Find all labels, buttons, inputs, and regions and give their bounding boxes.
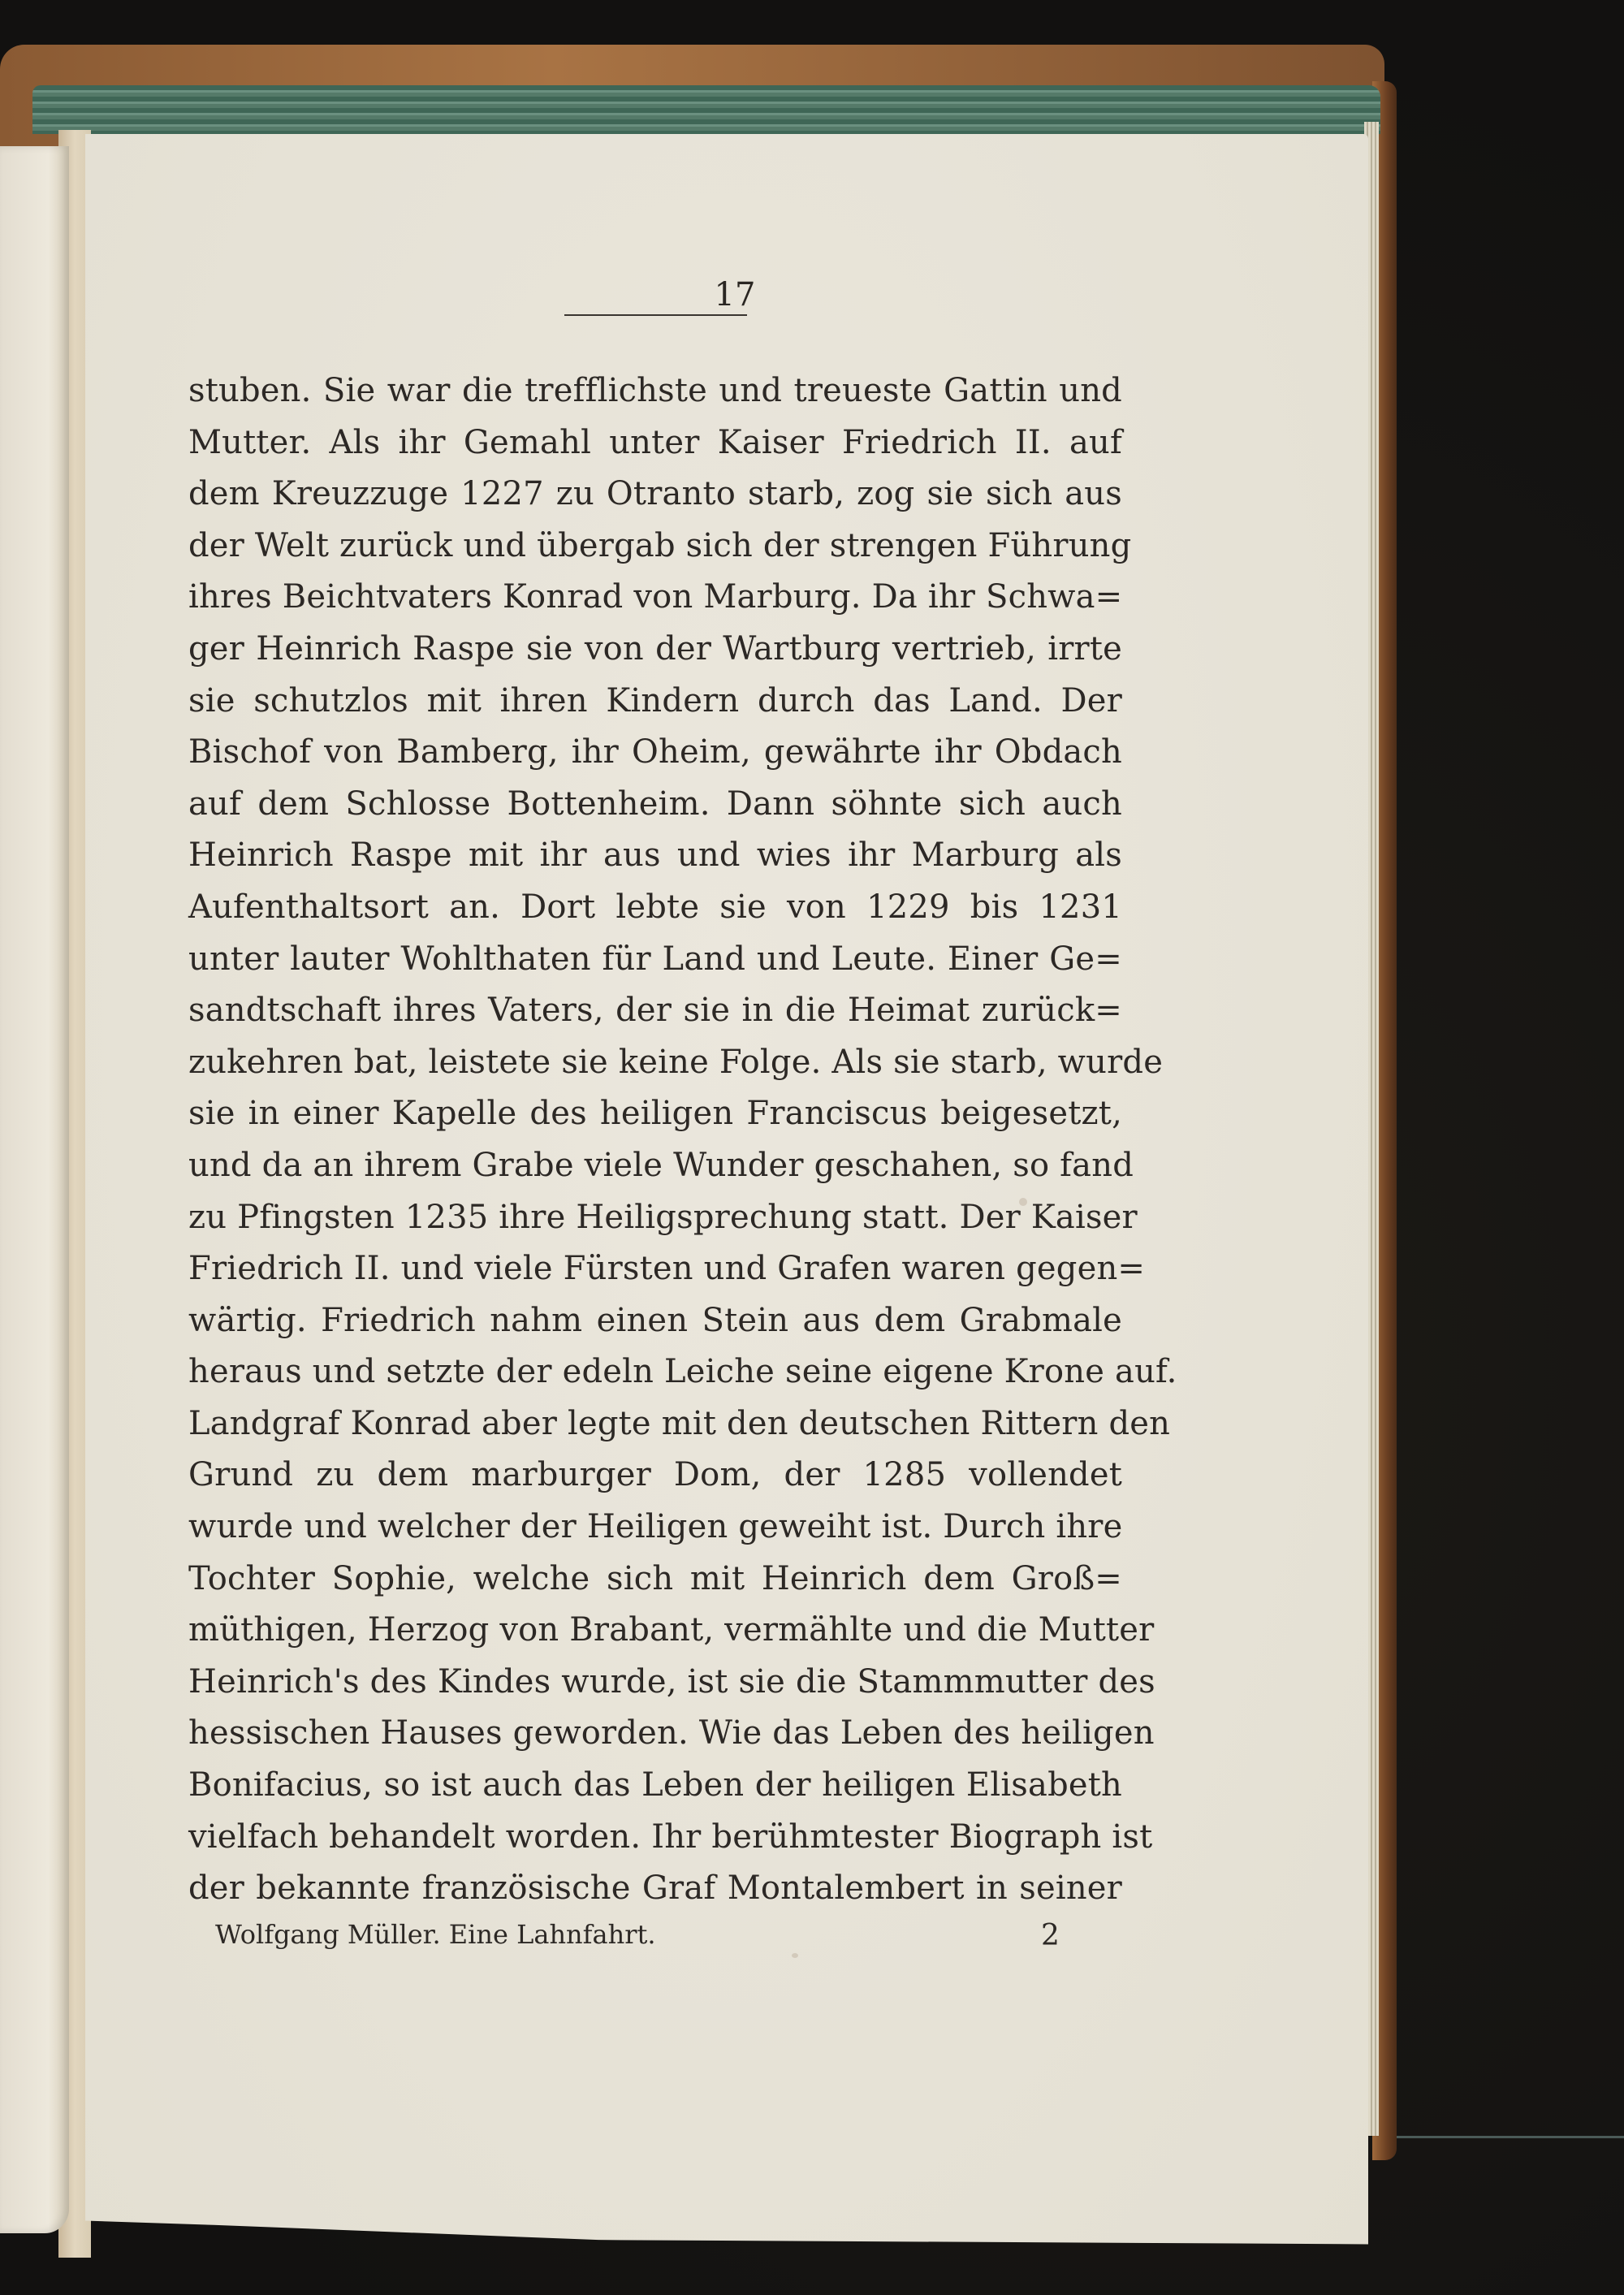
text-line: auf dem Schlosse Bottenheim. Dann söhnte… bbox=[188, 779, 1122, 831]
text-line: Heinrich Raspe mit ihr aus und wies ihr … bbox=[188, 830, 1122, 882]
text-line: der Welt zurück und übergab sich der str… bbox=[188, 521, 1122, 573]
text-line: stuben. Sie war die trefflichste und tre… bbox=[188, 365, 1122, 417]
text-line: vielfach behandelt worden. Ihr berühmtes… bbox=[188, 1812, 1122, 1864]
text-line: ger Heinrich Raspe sie von der Wartburg … bbox=[188, 624, 1122, 676]
text-line: sie schutzlos mit ihren Kindern durch da… bbox=[188, 676, 1122, 728]
text-line: Heinrich's des Kindes wurde, ist sie die… bbox=[188, 1657, 1122, 1709]
text-line: Tochter Sophie, welche sich mit Heinrich… bbox=[188, 1554, 1122, 1606]
text-line: ihres Beichtvaters Konrad von Marburg. D… bbox=[188, 572, 1122, 624]
text-line: unter lauter Wohlthaten für Land und Leu… bbox=[188, 934, 1122, 986]
text-line: Bonifacius, so ist auch das Leben der he… bbox=[188, 1760, 1122, 1812]
printer-signature: Wolfgang Müller. Eine Lahnfahrt. bbox=[215, 1919, 656, 1950]
book-page: 17 stuben. Sie war die trefflichste und … bbox=[85, 134, 1368, 2270]
previous-page-edge bbox=[0, 146, 69, 2233]
signature-mark: 2 bbox=[1041, 1919, 1060, 1952]
text-line: Landgraf Konrad aber legte mit den deuts… bbox=[188, 1398, 1122, 1450]
page-block-top-edge bbox=[32, 85, 1380, 134]
text-line: Mutter. Als ihr Gemahl unter Kaiser Frie… bbox=[188, 417, 1122, 469]
text-line: Friedrich II. und viele Fürsten und Graf… bbox=[188, 1243, 1122, 1295]
text-line: zukehren bat, leistete sie keine Folge. … bbox=[188, 1037, 1122, 1089]
text-line: Bischof von Bamberg, ihr Oheim, gewährte… bbox=[188, 727, 1122, 779]
text-line: dem Kreuzzuge 1227 zu Otranto starb, zog… bbox=[188, 469, 1122, 521]
text-line: wurde und welcher der Heiligen geweiht i… bbox=[188, 1502, 1122, 1554]
page-footer: Wolfgang Müller. Eine Lahnfahrt. 2 bbox=[188, 1919, 1122, 1960]
page-number-rule bbox=[564, 314, 747, 316]
text-line: Grund zu dem marburger Dom, der 1285 vol… bbox=[188, 1450, 1122, 1502]
text-line: der bekannte französische Graf Montalemb… bbox=[188, 1863, 1122, 1915]
text-line: wärtig. Friedrich nahm einen Stein aus d… bbox=[188, 1295, 1122, 1347]
text-line: sandtschaft ihres Vaters, der sie in die… bbox=[188, 985, 1122, 1037]
text-line: und da an ihrem Grabe viele Wunder gesch… bbox=[188, 1140, 1122, 1192]
text-line: heraus und setzte der edeln Leiche seine… bbox=[188, 1346, 1122, 1398]
text-line: zu Pfingsten 1235 ihre Heiligsprechung s… bbox=[188, 1192, 1122, 1244]
shelf-edge bbox=[1390, 2136, 1624, 2138]
text-line: Aufenthaltsort an. Dort lebte sie von 12… bbox=[188, 882, 1122, 934]
page-number: 17 bbox=[646, 276, 824, 313]
text-line: müthigen, Herzog von Brabant, vermählte … bbox=[188, 1605, 1122, 1657]
text-line: sie in einer Kapelle des heiligen Franci… bbox=[188, 1088, 1122, 1140]
text-line: hessischen Hauses geworden. Wie das Lebe… bbox=[188, 1708, 1122, 1760]
page-body-text: stuben. Sie war die trefflichste und tre… bbox=[188, 365, 1122, 1915]
